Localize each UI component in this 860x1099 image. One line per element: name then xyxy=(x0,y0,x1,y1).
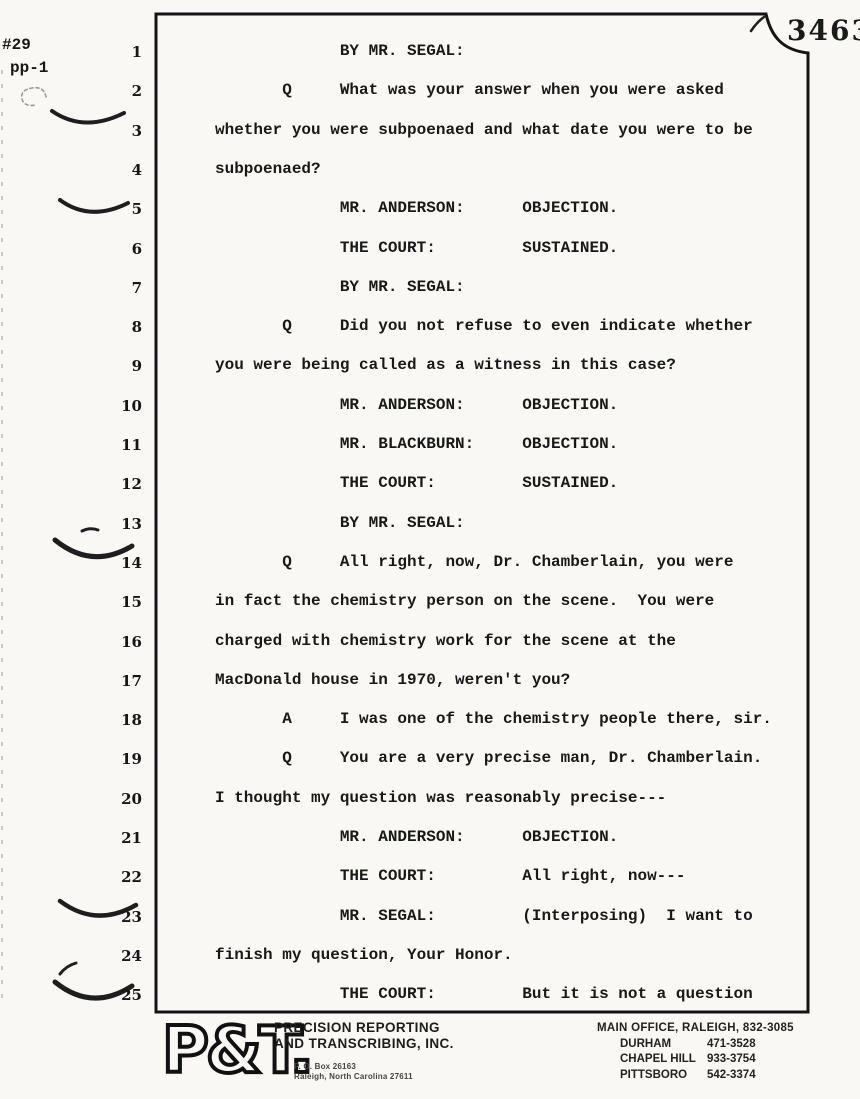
transcript-line: 14 Q All right, now, Dr. Chamberlain, yo… xyxy=(0,553,860,573)
line-text: MR. ANDERSON: OBJECTION. xyxy=(215,199,618,217)
reporter-contacts: MAIN OFFICE, RALEIGH, 832-3085 DURHAM471… xyxy=(597,1022,794,1081)
line-text: subpoenaed? xyxy=(215,160,321,178)
line-number: 8 xyxy=(0,318,142,336)
reporter-address-line2: Raleigh, North Carolina 27611 xyxy=(294,1072,413,1082)
line-text: MR. BLACKBURN: OBJECTION. xyxy=(215,435,618,453)
line-text: finish my question, Your Honor. xyxy=(215,946,513,964)
branch-office-row: CHAPEL HILL933-3754 xyxy=(620,1053,794,1065)
transcript-line: 12 THE COURT: SUSTAINED. xyxy=(0,474,860,494)
line-text: in fact the chemistry person on the scen… xyxy=(215,592,714,610)
transcript-line: 17MacDonald house in 1970, weren't you? xyxy=(0,671,860,691)
transcript-line: 25 THE COURT: But it is not a question xyxy=(0,985,860,1005)
line-number: 3 xyxy=(0,122,142,140)
line-text: THE COURT: SUSTAINED. xyxy=(215,474,618,492)
transcript-line: 16charged with chemistry work for the sc… xyxy=(0,632,860,652)
line-text: charged with chemistry work for the scen… xyxy=(215,632,676,650)
line-number: 12 xyxy=(0,475,142,493)
transcript-line: 7 BY MR. SEGAL: xyxy=(0,278,860,298)
line-text: Q You are a very precise man, Dr. Chambe… xyxy=(215,749,762,767)
line-text: BY MR. SEGAL: xyxy=(215,42,465,60)
line-text: THE COURT: But it is not a question xyxy=(215,985,753,1003)
branch-office-phone: 933-3754 xyxy=(707,1053,756,1065)
branch-office-city: PITTSBORO xyxy=(620,1069,707,1081)
line-number: 11 xyxy=(0,436,142,454)
transcript-line: 21 MR. ANDERSON: OBJECTION. xyxy=(0,828,860,848)
line-text: MR. ANDERSON: OBJECTION. xyxy=(215,828,618,846)
transcript-page: #29pp-1 3463 1 BY MR. SEGAL:2 Q What was… xyxy=(0,0,860,1099)
branch-office-row: PITTSBORO542-3374 xyxy=(620,1069,794,1081)
transcript-line: 10 MR. ANDERSON: OBJECTION. xyxy=(0,396,860,416)
line-text: you were being called as a witness in th… xyxy=(215,356,676,374)
line-number: 9 xyxy=(0,357,142,375)
main-office-line: MAIN OFFICE, RALEIGH, 832-3085 xyxy=(597,1022,794,1034)
transcript-line: 6 THE COURT: SUSTAINED. xyxy=(0,239,860,259)
branch-office-city: DURHAM xyxy=(620,1038,707,1050)
transcript-line: 9you were being called as a witness in t… xyxy=(0,356,860,376)
transcript-line: 3whether you were subpoenaed and what da… xyxy=(0,121,860,141)
line-number: 25 xyxy=(0,986,142,1004)
pen-mark-notch-tick xyxy=(751,17,764,31)
line-number: 1 xyxy=(0,43,142,61)
line-number: 14 xyxy=(0,554,142,572)
line-number: 22 xyxy=(0,868,142,886)
transcript-line: 13 BY MR. SEGAL: xyxy=(0,514,860,534)
line-text: MacDonald house in 1970, weren't you? xyxy=(215,671,570,689)
line-text: Q All right, now, Dr. Chamberlain, you w… xyxy=(215,553,733,571)
transcript-line: 1 BY MR. SEGAL: xyxy=(0,42,860,62)
line-number: 16 xyxy=(0,633,142,651)
line-number: 7 xyxy=(0,279,142,297)
line-number: 13 xyxy=(0,515,142,533)
line-text: Q What was your answer when you were ask… xyxy=(215,81,724,99)
transcript-line: 22 THE COURT: All right, now--- xyxy=(0,867,860,887)
line-number: 15 xyxy=(0,593,142,611)
transcript-line: 5 MR. ANDERSON: OBJECTION. xyxy=(0,199,860,219)
transcript-line: 4subpoenaed? xyxy=(0,160,860,180)
line-text: whether you were subpoenaed and what dat… xyxy=(215,121,753,139)
branch-office-city: CHAPEL HILL xyxy=(620,1053,707,1065)
branch-office-phone: 471-3528 xyxy=(707,1038,756,1050)
line-text: I thought my question was reasonably pre… xyxy=(215,789,666,807)
branch-office-row: DURHAM471-3528 xyxy=(620,1038,794,1050)
line-text: BY MR. SEGAL: xyxy=(215,514,465,532)
line-number: 23 xyxy=(0,908,142,926)
line-number: 5 xyxy=(0,200,142,218)
reporter-company-name: PRECISION REPORTING AND TRANSCRIBING, IN… xyxy=(274,1020,454,1052)
reporter-address: P. O. Box 26163 Raleigh, North Carolina … xyxy=(294,1062,413,1082)
line-number: 20 xyxy=(0,790,142,808)
line-number: 4 xyxy=(0,161,142,179)
line-number: 2 xyxy=(0,82,142,100)
line-number: 17 xyxy=(0,672,142,690)
transcript-line: 2 Q What was your answer when you were a… xyxy=(0,81,860,101)
line-text: MR. SEGAL: (Interposing) I want to xyxy=(215,907,753,925)
line-number: 18 xyxy=(0,711,142,729)
transcript-line: 23 MR. SEGAL: (Interposing) I want to xyxy=(0,907,860,927)
line-number: 19 xyxy=(0,750,142,768)
reporter-address-line1: P. O. Box 26163 xyxy=(294,1062,413,1072)
transcript-line: 20I thought my question was reasonably p… xyxy=(0,789,860,809)
line-text: THE COURT: SUSTAINED. xyxy=(215,239,618,257)
branch-office-phone: 542-3374 xyxy=(707,1069,756,1081)
transcript-line: 15in fact the chemistry person on the sc… xyxy=(0,592,860,612)
transcript-line: 19 Q You are a very precise man, Dr. Cha… xyxy=(0,749,860,769)
transcript-line: 18 A I was one of the chemistry people t… xyxy=(0,710,860,730)
line-number: 24 xyxy=(0,947,142,965)
line-number: 21 xyxy=(0,829,142,847)
transcript-line: 8 Q Did you not refuse to even indicate … xyxy=(0,317,860,337)
branch-office-list: DURHAM471-3528CHAPEL HILL933-3754PITTSBO… xyxy=(597,1038,794,1081)
line-text: MR. ANDERSON: OBJECTION. xyxy=(215,396,618,414)
line-number: 6 xyxy=(0,240,142,258)
line-text: A I was one of the chemistry people ther… xyxy=(215,710,772,728)
transcript-line: 11 MR. BLACKBURN: OBJECTION. xyxy=(0,435,860,455)
line-text: THE COURT: All right, now--- xyxy=(215,867,685,885)
transcript-line: 24finish my question, Your Honor. xyxy=(0,946,860,966)
line-number: 10 xyxy=(0,397,142,415)
line-text: BY MR. SEGAL: xyxy=(215,278,465,296)
line-text: Q Did you not refuse to even indicate wh… xyxy=(215,317,753,335)
